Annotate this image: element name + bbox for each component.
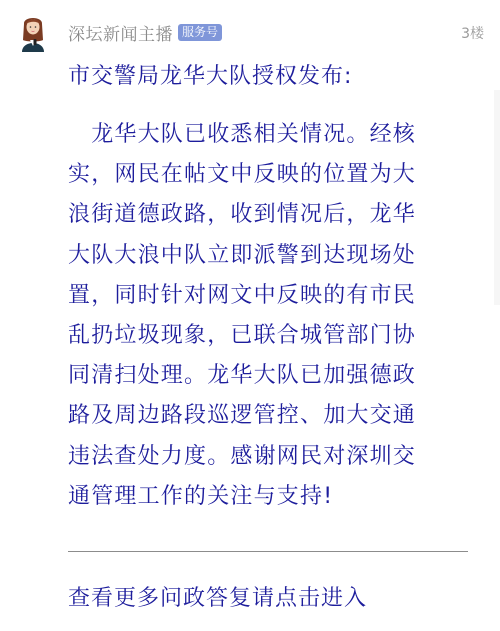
author-avatar[interactable]: [18, 12, 48, 52]
side-panel: [494, 90, 500, 305]
divider: [68, 551, 468, 552]
body-line: 浪街道德政路，收到情况后，龙华: [68, 195, 472, 235]
body-line: 龙华大队已收悉相关情况。经核: [68, 115, 472, 155]
news-anchor-avatar-icon: [18, 12, 48, 52]
floor-number: 3楼: [461, 23, 484, 43]
body-line: 路及周边路段巡逻管控、加大交通: [68, 396, 472, 436]
post-title: 市交警局龙华大队授权发布:: [68, 62, 352, 92]
body-line: 通管理工作的关注与支持!: [68, 477, 472, 517]
body-line: 乱扔垃圾现象，已联合城管部门协: [68, 316, 472, 356]
more-answers-link[interactable]: 查看更多问政答复请点击进入: [68, 584, 367, 614]
body-line: 违法查处力度。感谢网民对深圳交: [68, 437, 472, 477]
body-line: 同清扫处理。龙华大队已加强德政: [68, 356, 472, 396]
service-account-badge: 服务号: [178, 24, 222, 41]
author-info: 深坛新闻主播 服务号: [68, 20, 222, 44]
post-body: 龙华大队已收悉相关情况。经核 实，网民在帖文中反映的位置为大 浪街道德政路，收到…: [68, 115, 472, 517]
body-line: 大队大浪中队立即派警到达现场处: [68, 236, 472, 276]
author-name[interactable]: 深坛新闻主播: [68, 20, 173, 45]
body-line: 实，网民在帖文中反映的位置为大: [68, 155, 472, 195]
body-line: 置，同时针对网文中反映的有市民: [68, 276, 472, 316]
